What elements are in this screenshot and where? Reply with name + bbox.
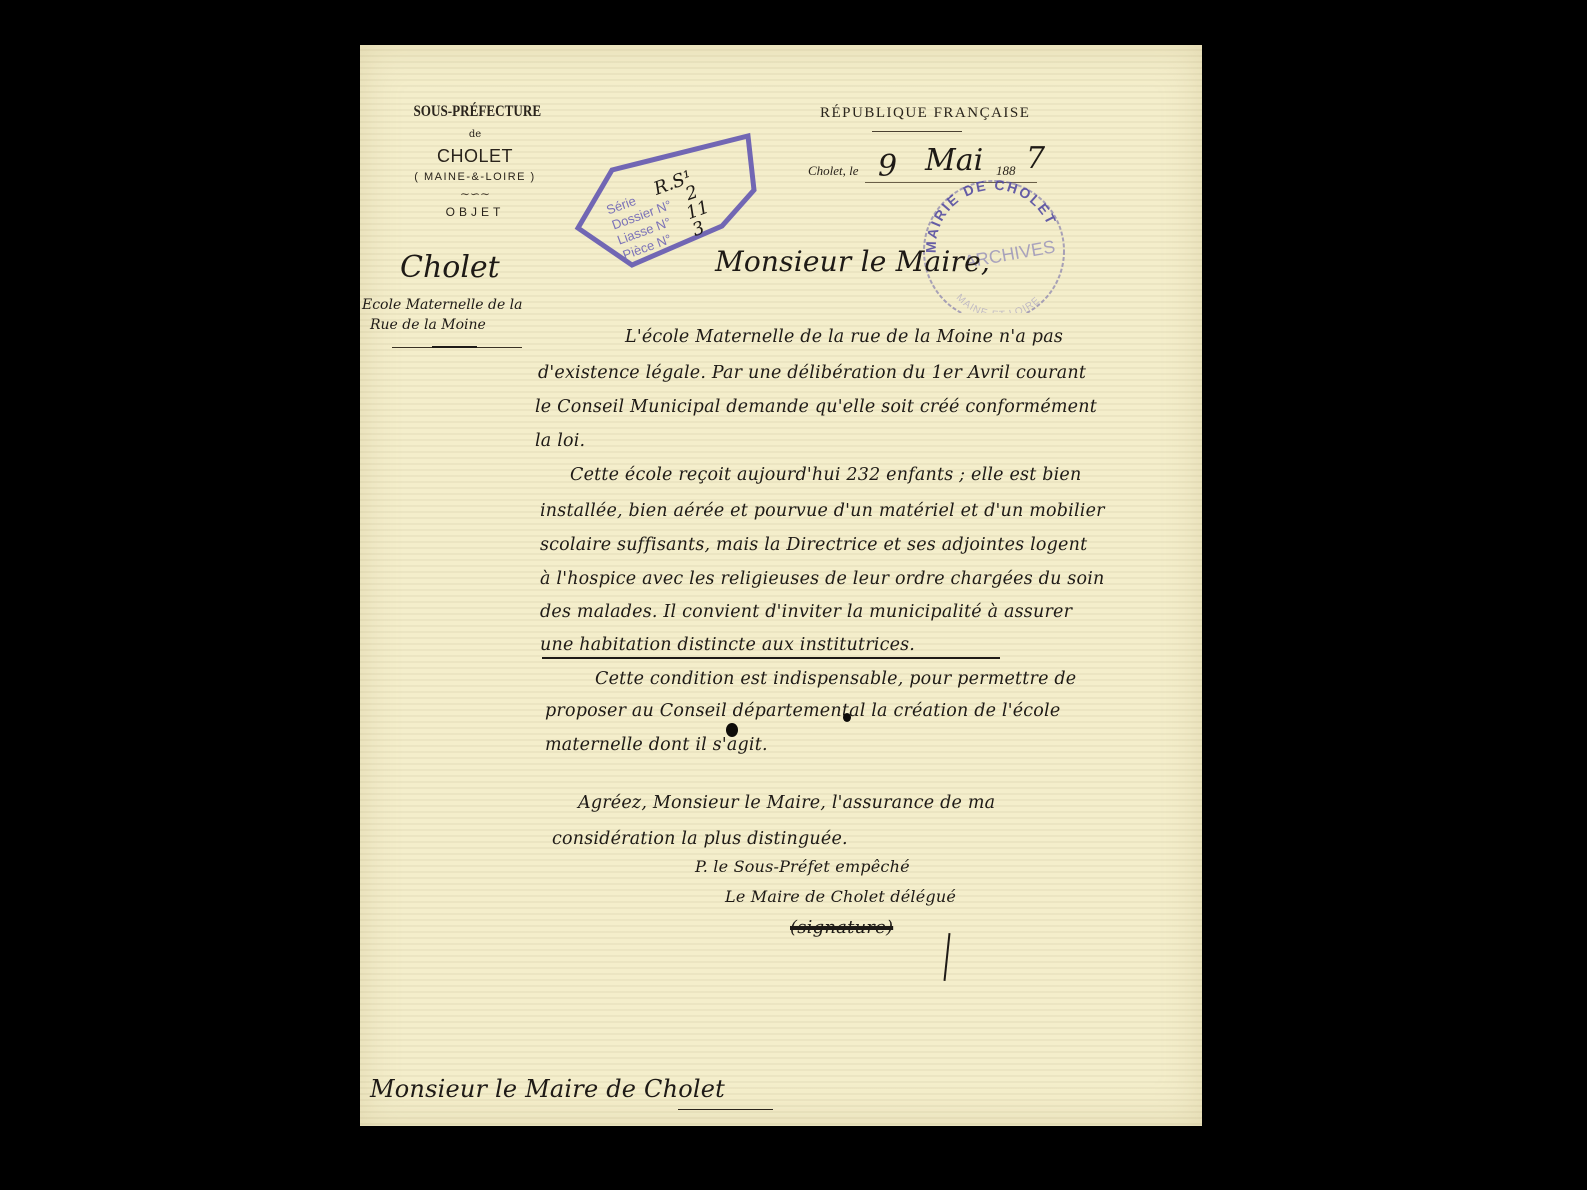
letterhead-left: SOUS-PRÉFECTURE de CHOLET ( MAINE-&-LOIR… bbox=[400, 103, 550, 219]
body-line: maternelle dont il s'agit. bbox=[545, 735, 768, 755]
date-year-handwritten: 7 bbox=[1026, 141, 1045, 176]
body-line: scolaire suffisants, mais la Directrice … bbox=[540, 535, 1087, 555]
objet-handwritten-street: Rue de la Moine bbox=[370, 317, 486, 333]
office-city: CHOLET bbox=[400, 146, 550, 167]
mairie-stamp-bottom: MAINE-ET-LOIRE bbox=[954, 292, 1043, 313]
objet-divider-accent bbox=[432, 346, 477, 348]
objet-handwritten-subject: Ecole Maternelle de la bbox=[362, 297, 523, 313]
date-day: 9 bbox=[878, 149, 897, 184]
republic-heading: RÉPUBLIQUE FRANÇAISE bbox=[820, 105, 1030, 122]
salutation: Monsieur le Maire, bbox=[715, 245, 990, 278]
mairie-stamp-icon: MAIRIE DE CHOLET ARCHIVES MAINE-ET-LOIRE bbox=[916, 173, 1066, 313]
body-line: une habitation distincte aux institutric… bbox=[540, 635, 915, 655]
body-line: installée, bien aérée et pourvue d'un ma… bbox=[540, 501, 1105, 521]
body-line: L'école Maternelle de la rue de la Moine… bbox=[625, 327, 1063, 347]
objet-handwritten-city: Cholet bbox=[400, 250, 500, 285]
signature: (signature) bbox=[790, 917, 893, 938]
body-line: Cette condition est indispensable, pour … bbox=[595, 669, 1076, 689]
republic-ornament bbox=[872, 131, 962, 132]
body-line: le Conseil Municipal demande qu'elle soi… bbox=[535, 397, 1097, 417]
office-title: SOUS-PRÉFECTURE bbox=[414, 103, 537, 121]
body-line: d'existence légale. Par une délibération… bbox=[538, 363, 1086, 383]
closing-signatory: Le Maire de Cholet délégué bbox=[725, 887, 956, 906]
objet-label: OBJET bbox=[400, 205, 550, 219]
closing-signatory: P. le Sous-Préfet empêché bbox=[695, 857, 910, 876]
office-de: de bbox=[400, 129, 550, 140]
emphasis-underline bbox=[542, 657, 1000, 659]
date-label: Cholet, le bbox=[808, 163, 859, 179]
ornament-icon: ∼∽∼ bbox=[400, 187, 550, 201]
signature-flourish bbox=[943, 933, 950, 981]
closing-line: considération la plus distinguée. bbox=[552, 829, 848, 849]
ink-blot bbox=[843, 713, 851, 722]
letter-page: SOUS-PRÉFECTURE de CHOLET ( MAINE-&-LOIR… bbox=[360, 45, 1202, 1126]
body-line: proposer au Conseil départemental la cré… bbox=[545, 701, 1060, 721]
body-line: Cette école reçoit aujourd'hui 232 enfan… bbox=[570, 465, 1081, 485]
body-line: à l'hospice avec les religieuses de leur… bbox=[540, 569, 1104, 589]
closing-line: Agréez, Monsieur le Maire, l'assurance d… bbox=[578, 793, 995, 813]
body-line: la loi. bbox=[535, 431, 585, 451]
office-department: ( MAINE-&-LOIRE ) bbox=[400, 171, 550, 183]
addressee: Monsieur le Maire de Cholet bbox=[370, 1075, 725, 1103]
body-line: des malades. Il convient d'inviter la mu… bbox=[540, 602, 1072, 622]
svg-text:MAINE-ET-LOIRE: MAINE-ET-LOIRE bbox=[954, 292, 1043, 313]
addressee-underline bbox=[678, 1109, 773, 1110]
ink-blot bbox=[726, 723, 738, 737]
